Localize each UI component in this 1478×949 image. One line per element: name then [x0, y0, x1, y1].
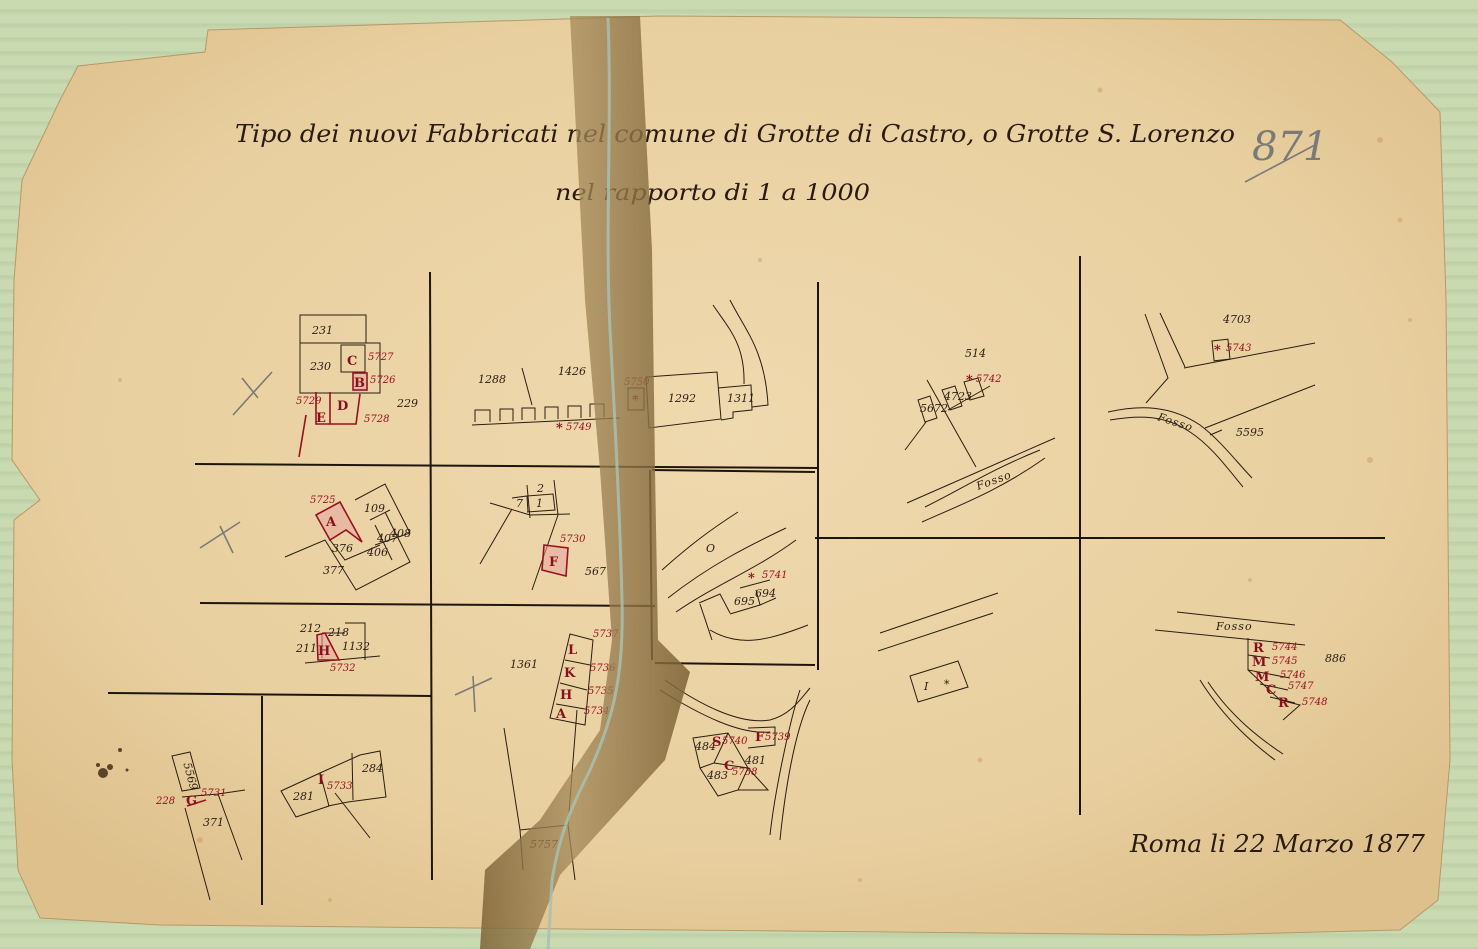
parcel-label: 230 — [309, 360, 331, 373]
building-number: 5740 — [722, 736, 748, 747]
parcel-label: 212 — [299, 622, 321, 635]
building-number: 5728 — [364, 414, 389, 425]
map-title: Tipo dei nuovi Fabbricati nel comune di … — [235, 120, 1235, 148]
building-letter: S — [712, 735, 721, 750]
building-letter: C — [347, 354, 357, 369]
building-number: 5743 — [1226, 343, 1251, 354]
building-letter: D — [337, 399, 348, 414]
building-number: 5748 — [1302, 697, 1327, 708]
building-letter: A — [325, 515, 337, 530]
watercourse-label: Fosso — [1215, 620, 1253, 633]
parcel-label: 406 — [366, 546, 388, 559]
building-number: 5733 — [327, 781, 352, 792]
building-number: 5730 — [560, 534, 586, 545]
building-letter: * — [1214, 343, 1221, 358]
cadastral-map-sheet: Tipo dei nuovi Fabbricati nel comune di … — [0, 0, 1478, 949]
parcel-label: 514 — [965, 347, 986, 360]
building-number: 5738 — [732, 767, 757, 778]
building-letter: H — [318, 644, 330, 659]
building-number: 5746 — [1280, 670, 1306, 681]
building-letter: H — [560, 688, 572, 703]
parcel-label: 281 — [292, 790, 314, 803]
building-letter: R — [1253, 641, 1264, 656]
building-number: 5749 — [566, 422, 592, 433]
parcel-label: 886 — [1325, 652, 1346, 665]
building-number: 5731 — [201, 788, 226, 799]
building-letter: B — [354, 376, 365, 391]
parcel-label: 695 — [734, 595, 755, 608]
building-number: 5745 — [1272, 656, 1297, 667]
date-signature: Roma li 22 Marzo 1877 — [1129, 830, 1426, 858]
parcel-label: 1 — [536, 497, 543, 510]
building-number: 5725 — [310, 495, 335, 506]
building-letter: * — [556, 421, 563, 436]
parcel-label: 376 — [332, 542, 353, 555]
parcel-label: 2 — [536, 482, 544, 495]
parcel-label: 1426 — [558, 365, 586, 378]
parcel-label: I — [923, 680, 929, 693]
parcel-label: 567 — [585, 565, 606, 578]
parcel-label: 7 — [516, 497, 523, 510]
building-letter: A — [555, 707, 567, 722]
building-number: 5732 — [330, 663, 355, 674]
parcel-label: 228 — [155, 796, 175, 807]
parcel-label: 218 — [327, 626, 349, 639]
parcel-label: 211 — [295, 642, 317, 655]
parcel-label: 481 — [744, 754, 766, 767]
parcel-label: 4703 — [1222, 313, 1251, 326]
building-letter: * — [944, 678, 950, 691]
parcel-label: 1132 — [342, 640, 370, 653]
building-letter: R — [1278, 696, 1289, 711]
building-number: 5726 — [370, 375, 396, 386]
parcel-label: 284 — [361, 762, 383, 775]
building-letter: M — [1252, 655, 1266, 670]
parcel-label: 1292 — [668, 392, 696, 405]
parcel-label: 377 — [323, 564, 344, 577]
building-letter: L — [568, 643, 577, 658]
building-letter: C — [1266, 683, 1276, 698]
building-number: 5744 — [1272, 642, 1297, 653]
building-number: 5742 — [976, 374, 1001, 385]
parcel-label: 1361 — [510, 658, 538, 671]
pencil-sheet-number: 871 — [1252, 124, 1328, 170]
parcel-label: 694 — [755, 587, 776, 600]
parcel-label: 5595 — [1236, 426, 1264, 439]
parcel-label: 4723 — [943, 390, 972, 403]
parcel-label: 1288 — [478, 373, 506, 386]
building-letter: F — [755, 730, 765, 745]
building-number: 5739 — [765, 732, 791, 743]
parcel-label: 231 — [311, 324, 333, 337]
building-letter: G — [186, 794, 197, 809]
building-letter: * — [966, 373, 973, 388]
parcel-label: 5672 — [920, 402, 948, 415]
parcel-label: 408 — [389, 527, 411, 540]
building-letter: F — [549, 555, 559, 570]
building-letter: E — [316, 411, 326, 426]
paper-sheet — [12, 16, 1450, 935]
building-letter: I — [318, 773, 324, 788]
building-letter: K — [564, 666, 576, 681]
parcel-label: 371 — [203, 816, 224, 829]
building-number: 5729 — [296, 396, 322, 407]
building-letter: * — [748, 571, 755, 586]
parcel-label: 229 — [396, 397, 418, 410]
building-number: 5741 — [762, 570, 787, 581]
building-number: 5747 — [1288, 681, 1314, 692]
parcel-label: 1311 — [727, 392, 755, 405]
building-number: 5727 — [368, 352, 394, 363]
parcel-label: O — [706, 542, 715, 555]
parcel-label: 109 — [364, 502, 385, 515]
